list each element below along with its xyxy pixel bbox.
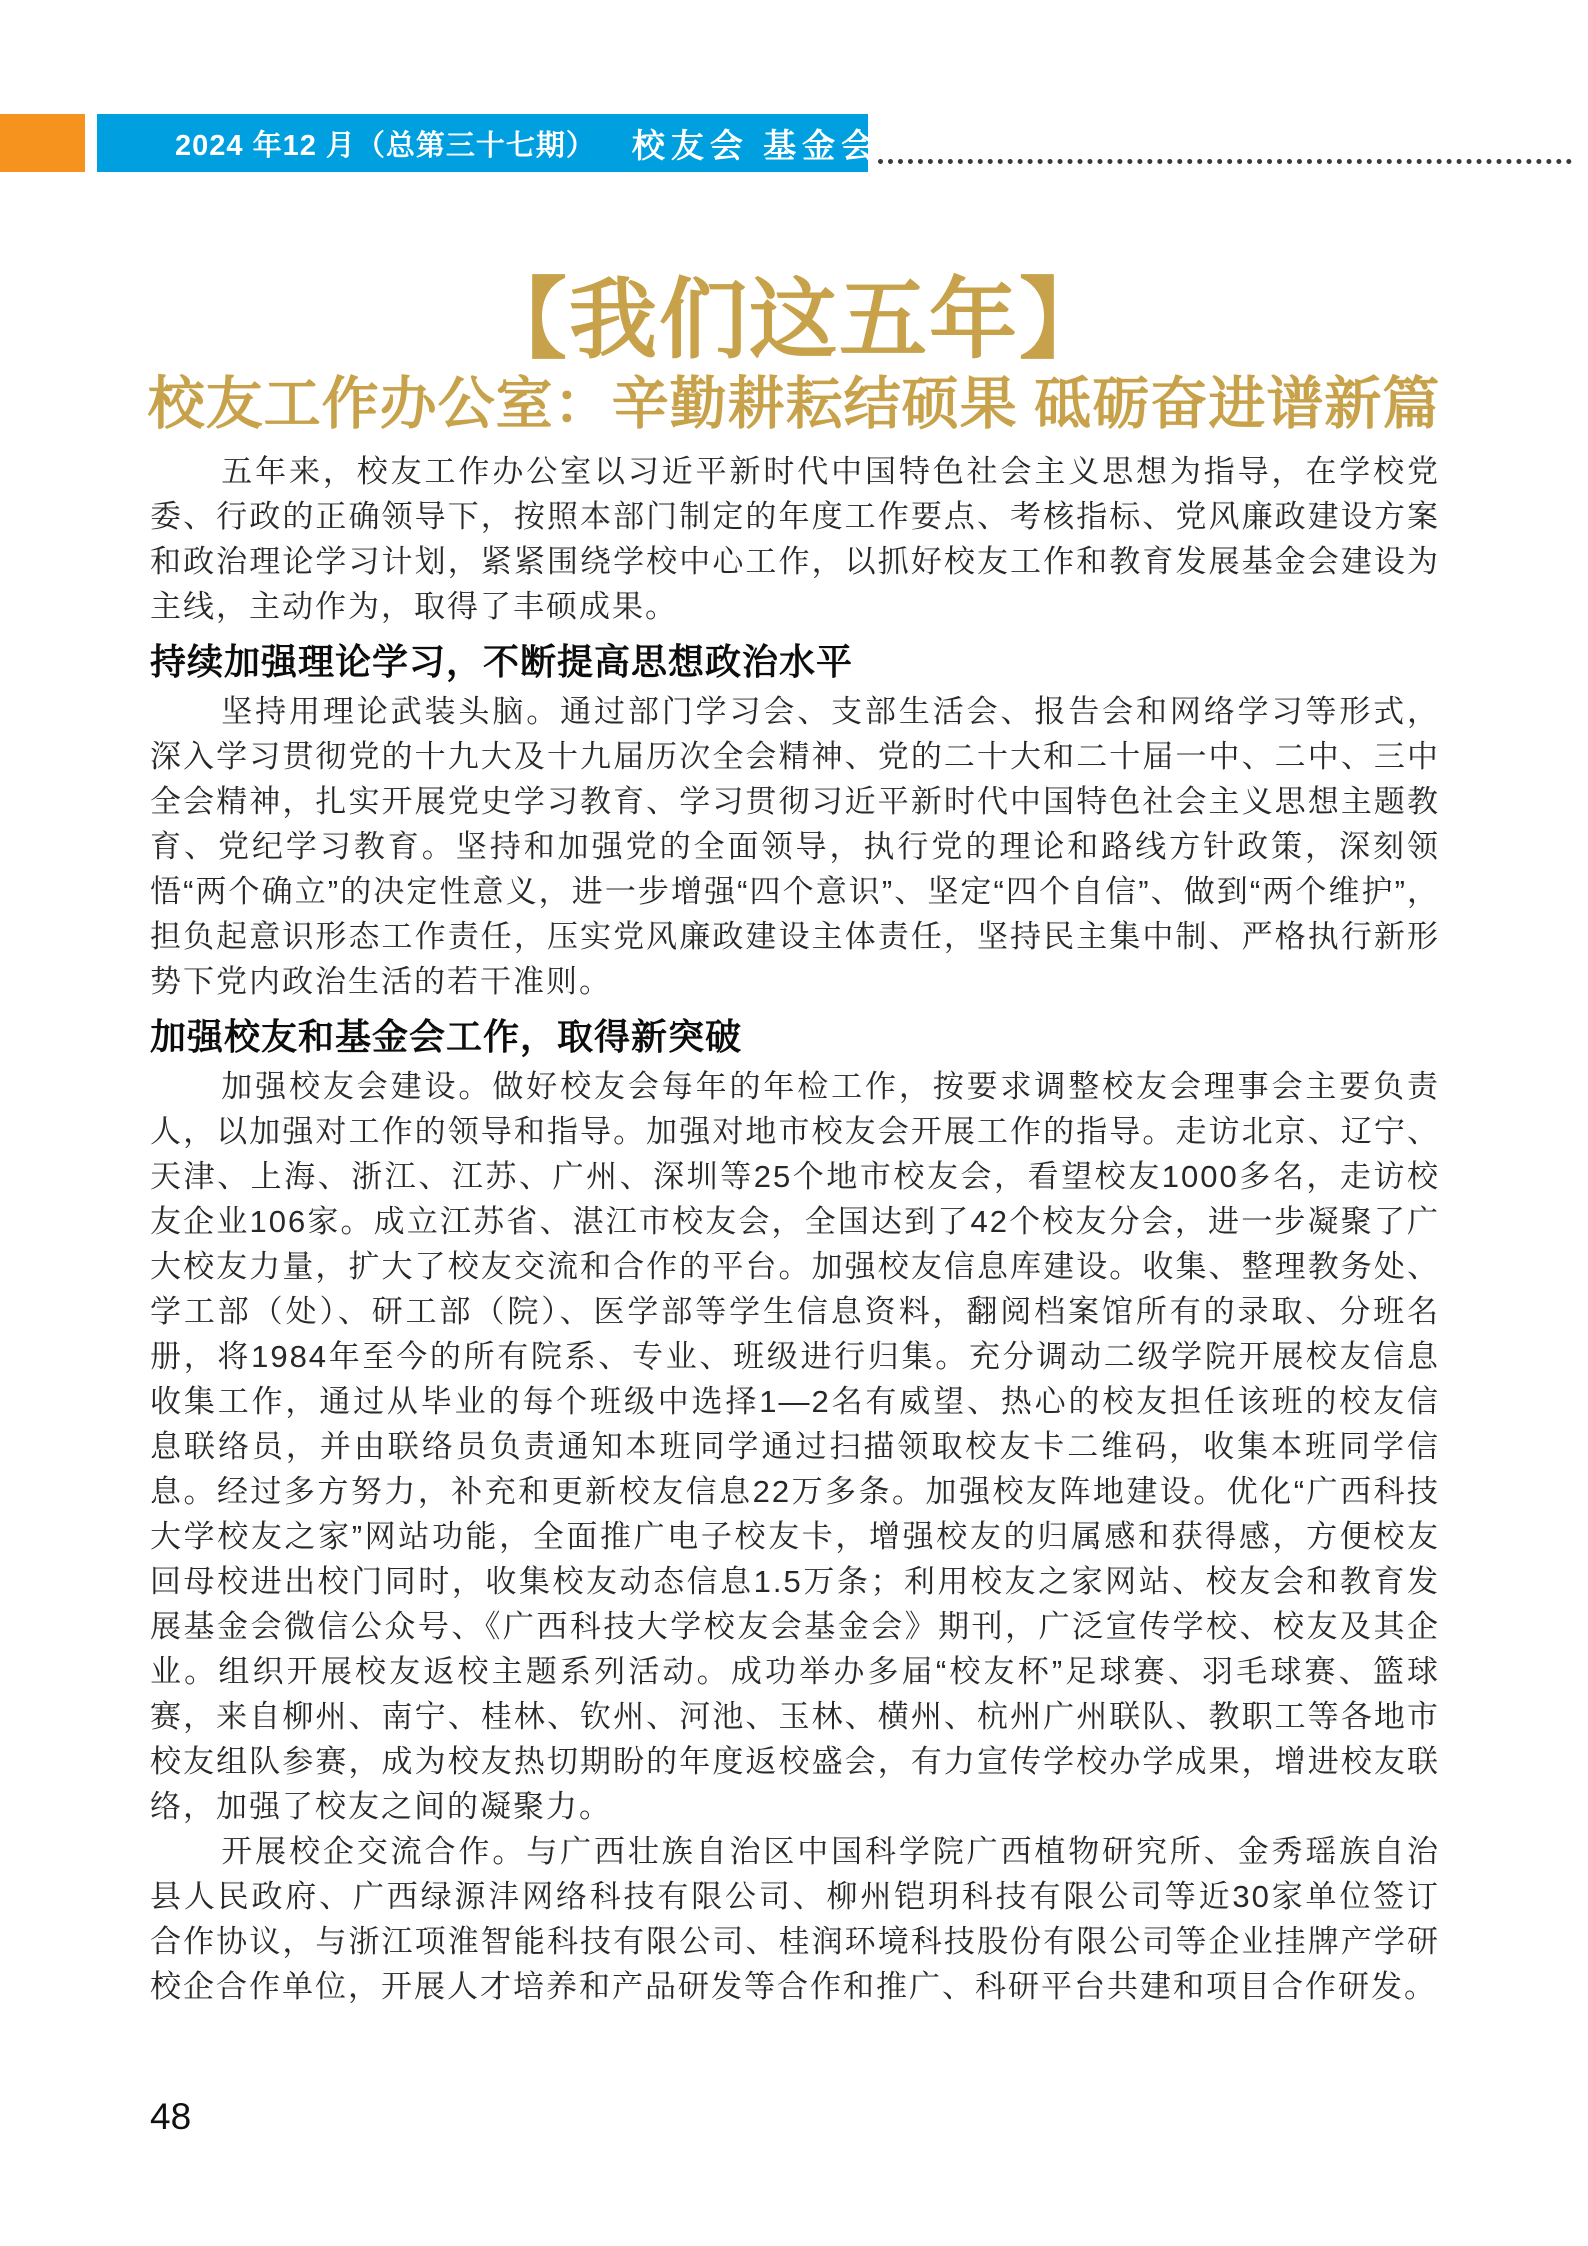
section-heading-theory: 持续加强理论学习，不断提高思想政治水平 bbox=[150, 639, 1440, 685]
header-blue-bar: 2024 年12 月（总第三十七期） 校友会 基金会 bbox=[97, 114, 868, 172]
dotted-divider bbox=[878, 159, 1572, 164]
section-alumni-paragraph-1: 加强校友会建设。做好校友会每年的年检工作，按要求调整校友会理事会主要负责人，以加… bbox=[150, 1064, 1440, 1829]
article-body: 五年来，校友工作办公室以习近平新时代中国特色社会主义思想为指导，在学校党委、行政… bbox=[150, 449, 1440, 2009]
article-subtitle: 校友工作办公室：辛勤耕耘结硕果 砥砺奋进谱新篇 bbox=[0, 376, 1588, 433]
orange-accent-block bbox=[0, 114, 85, 172]
header-gap bbox=[85, 114, 97, 172]
section-alumni-paragraph-2: 开展校企交流合作。与广西壮族自治区中国科学院广西植物研究所、金秀瑶族自治县人民政… bbox=[150, 1829, 1440, 2009]
magazine-page: 2024 年12 月（总第三十七期） 校友会 基金会 【我们这五年】 校友工作办… bbox=[0, 0, 1588, 2246]
article-title: 【我们这五年】 bbox=[0, 276, 1588, 364]
section-theory-paragraph: 坚持用理论武装头脑。通过部门学习会、支部生活会、报告会和网络学习等形式，深入学习… bbox=[150, 689, 1440, 1004]
page-header: 2024 年12 月（总第三十七期） 校友会 基金会 bbox=[0, 114, 1588, 172]
brand-label: 校友会 基金会 bbox=[632, 120, 880, 167]
intro-paragraph: 五年来，校友工作办公室以习近平新时代中国特色社会主义思想为指导，在学校党委、行政… bbox=[150, 449, 1440, 629]
article-content: 【我们这五年】 校友工作办公室：辛勤耕耘结硕果 砥砺奋进谱新篇 五年来，校友工作… bbox=[0, 0, 1588, 2009]
section-heading-alumni: 加强校友和基金会工作，取得新突破 bbox=[150, 1014, 1440, 1060]
page-number: 48 bbox=[150, 2096, 191, 2138]
issue-label: 2024 年12 月（总第三十七期） bbox=[175, 123, 596, 164]
